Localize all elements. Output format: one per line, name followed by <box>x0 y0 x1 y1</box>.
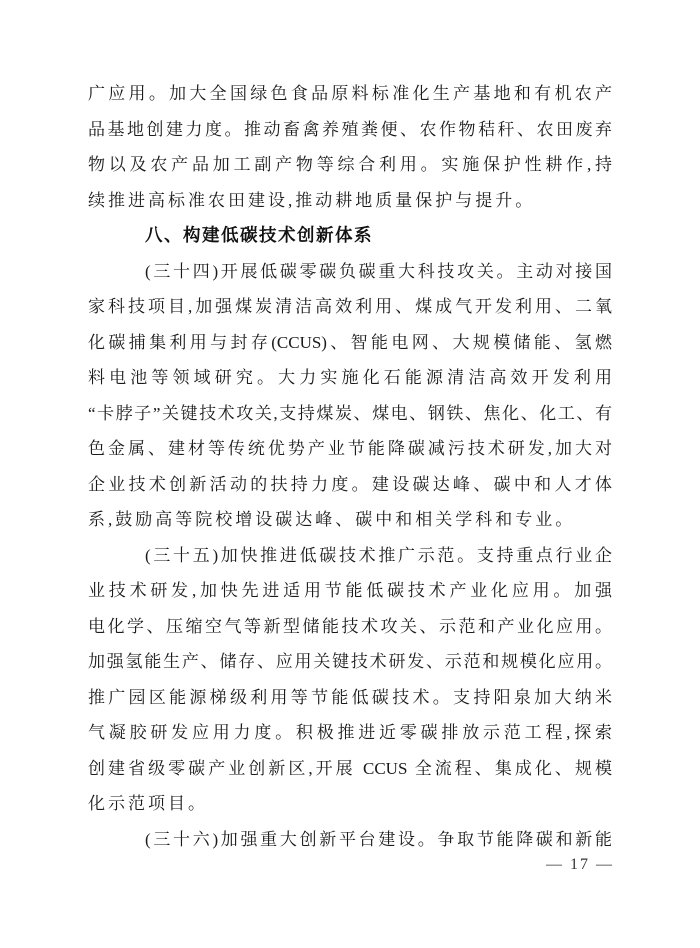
paragraph: (三十五)加快推进低碳技术推广示范。支持重点行业企业技术研发,加快先进适用节能低… <box>88 538 612 822</box>
text-line: 续推进高标准农田建设,推动耕地质量保护与提升。 <box>88 183 612 219</box>
text-line: 业技术研发,加快先进适用节能低碳技术产业化应用。加强 <box>88 573 612 609</box>
text-line: 品基地创建力度。推动畜禽养殖粪便、农作物秸秆、农田废弃 <box>88 112 612 148</box>
text-line: 物以及农产品加工副产物等综合利用。实施保护性耕作,持 <box>88 147 612 183</box>
page-footer: — 17 — <box>546 856 614 874</box>
text-line: (三十四)开展低碳零碳负碳重大科技攻关。主动对接国 <box>88 254 612 290</box>
text-line: 系,鼓励高等院校增设碳达峰、碳中和相关学科和专业。 <box>88 502 612 538</box>
text-line: 推广园区能源梯级利用等节能低碳技术。支持阳泉加大纳米 <box>88 680 612 716</box>
text-line: 化碳捕集利用与封存(CCUS)、智能电网、大规模储能、氢燃 <box>88 325 612 361</box>
text-line: 化示范项目。 <box>88 786 612 822</box>
text-line: 加强氢能生产、储存、应用关键技术研发、示范和规模化应用。 <box>88 644 612 680</box>
text-line: 创建省级零碳产业创新区,开展 CCUS 全流程、集成化、规模 <box>88 751 612 787</box>
text-line: 家科技项目,加强煤炭清洁高效利用、煤成气开发利用、二氧 <box>88 289 612 325</box>
text-line: 色金属、建材等传统优势产业节能降碳减污技术研发,加大对 <box>88 431 612 467</box>
text-line: (三十五)加快推进低碳技术推广示范。支持重点行业企 <box>88 538 612 574</box>
paragraph: (三十六)加强重大创新平台建设。争取节能降碳和新能 <box>88 822 612 858</box>
text-line: 电化学、压缩空气等新型储能技术攻关、示范和产业化应用。 <box>88 609 612 645</box>
page-number: — 17 — <box>546 856 614 873</box>
paragraph: 广应用。加大全国绿色食品原料标准化生产基地和有机农产品基地创建力度。推动畜禽养殖… <box>88 76 612 218</box>
document-page: 广应用。加大全国绿色食品原料标准化生产基地和有机农产品基地创建力度。推动畜禽养殖… <box>0 0 700 948</box>
text-line: 气凝胶研发应用力度。积极推进近零碳排放示范工程,探索 <box>88 715 612 751</box>
text-line: “卡脖子”关键技术攻关,支持煤炭、煤电、钢铁、焦化、化工、有 <box>88 396 612 432</box>
text-line: 广应用。加大全国绿色食品原料标准化生产基地和有机农产 <box>88 76 612 112</box>
text-line: 企业技术创新活动的扶持力度。建设碳达峰、碳中和人才体 <box>88 467 612 503</box>
text-line: (三十六)加强重大创新平台建设。争取节能降碳和新能 <box>88 822 612 858</box>
section-heading: 八、构建低碳技术创新体系 <box>88 218 612 254</box>
text-line: 料电池等领域研究。大力实施化石能源清洁高效开发利用 <box>88 360 612 396</box>
paragraph: (三十四)开展低碳零碳负碳重大科技攻关。主动对接国家科技项目,加强煤炭清洁高效利… <box>88 254 612 538</box>
page-text: 广应用。加大全国绿色食品原料标准化生产基地和有机农产品基地创建力度。推动畜禽养殖… <box>88 76 612 857</box>
